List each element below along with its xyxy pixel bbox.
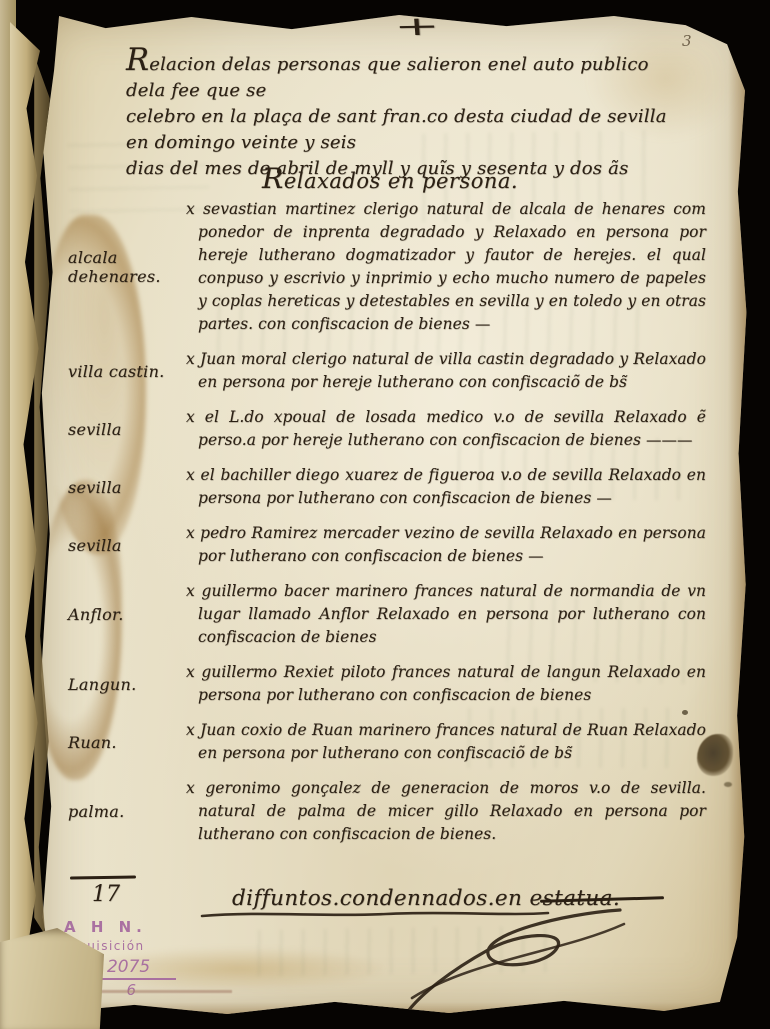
entry-row: Ruan. x Juan coxio de Ruan marinero fran… xyxy=(62,719,706,765)
entry-margin-place: Anflor. xyxy=(62,605,186,624)
entry-text: x el L.do xpoual de losada medico v.o de… xyxy=(186,406,706,452)
entry-margin-place: palma. xyxy=(62,802,186,821)
section-heading: Relaxados en persona. xyxy=(262,162,518,195)
manuscript-page: + 3 Relacion delas personas que salieron… xyxy=(34,10,750,1018)
rubric-flourish xyxy=(392,894,632,1024)
entry-margin-place: sevilla xyxy=(62,420,186,439)
entry-row: alcala dehenares. x sevastian martinez c… xyxy=(62,198,706,336)
invocation-cross-icon: + xyxy=(393,12,441,43)
entry-margin-place: Langun. xyxy=(62,675,186,694)
entry-row: sevilla x el L.do xpoual de losada medic… xyxy=(62,406,706,452)
entry-margin-place: villa castin. xyxy=(62,362,186,381)
entry-text: x Juan moral clerigo natural de villa ca… xyxy=(186,348,706,394)
stamp-legajo-number: 2075 xyxy=(101,957,176,980)
entry-row: Langun. x guillermo Rexiet piloto france… xyxy=(62,661,706,707)
title-line: celebro en la plaça de sant fran.co dest… xyxy=(126,104,686,156)
ink-rule-above-mark xyxy=(70,875,136,879)
entry-margin-place: sevilla xyxy=(62,536,186,555)
entry-margin-place: alcala dehenares. xyxy=(62,248,186,286)
entry-margin-place: Ruan. xyxy=(62,733,186,752)
foliation-ink-mark: 17 xyxy=(92,882,120,907)
entry-row: sevilla x el bachiller diego xuarez de f… xyxy=(62,464,706,510)
title-line: Relacion delas personas que salieron ene… xyxy=(126,52,686,104)
entry-margin-place: sevilla xyxy=(62,478,186,497)
entry-row: Anflor. x guillermo bacer marinero franc… xyxy=(62,580,706,649)
entry-row: sevilla x pedro Ramirez mercader vezino … xyxy=(62,522,706,568)
entry-text: x geronimo gonçalez de generacion de mor… xyxy=(186,777,706,846)
entries-list: alcala dehenares. x sevastian martinez c… xyxy=(62,198,706,846)
stamp-number-rule xyxy=(82,990,232,993)
entry-text: x guillermo Rexiet piloto frances natura… xyxy=(186,661,706,707)
entry-text: x pedro Ramirez mercader vezino de sevil… xyxy=(186,522,706,568)
entry-text: x el bachiller diego xuarez de figueroa … xyxy=(186,464,706,510)
stamp-archive-initials: A H N. xyxy=(64,918,232,936)
ink-speck xyxy=(724,782,732,787)
entry-text: x sevastian martinez clerigo natural de … xyxy=(186,198,706,336)
entry-text: x Juan coxio de Ruan marinero frances na… xyxy=(186,719,706,765)
page-right-edge-shading xyxy=(728,10,750,1018)
manuscript-scan: + 3 Relacion delas personas que salieron… xyxy=(0,0,770,1029)
entry-text: x guillermo bacer marinero frances natur… xyxy=(186,580,706,649)
entry-row: palma. x geronimo gonçalez de generacion… xyxy=(62,777,706,846)
folio-number: 3 xyxy=(682,32,692,50)
entry-row: villa castin. x Juan moral clerigo natur… xyxy=(62,348,706,394)
